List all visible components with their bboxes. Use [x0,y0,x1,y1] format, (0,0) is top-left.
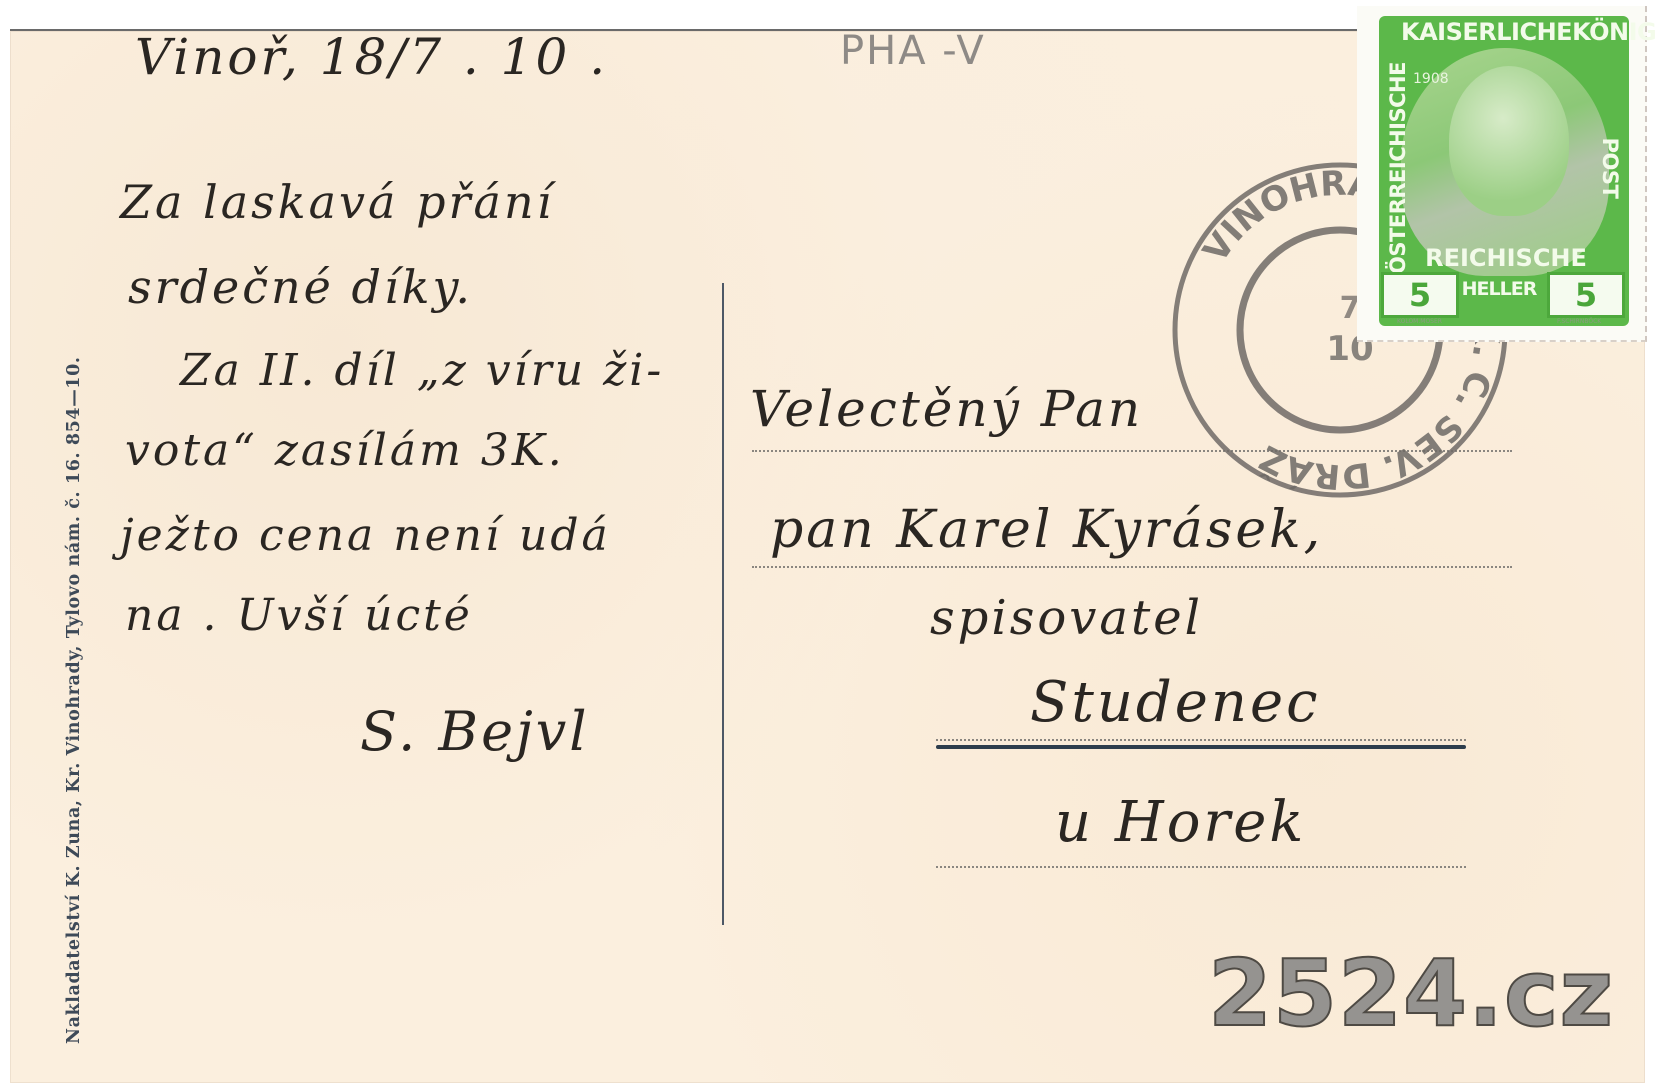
address-underline [936,745,1466,749]
message-line: Za laskavá přání [120,175,554,229]
stamp-currency: HELLER [1457,278,1541,300]
address-line: u Horek [1055,790,1306,855]
stamp-text-bottom: REICHISCHE [1401,244,1611,272]
stamp-printer-left: KOLOM.MOSER [1397,318,1442,325]
address-line: spisovatel [930,590,1203,646]
stamp-text-top: KAISERLICHEKÖNIGLICHE [1401,18,1611,46]
stamp-printer-right: F.SCHIRNBÖCK [1557,318,1601,325]
message-line: srdečné díky. [128,260,473,314]
pencil-note: PHA -V [840,28,986,74]
address-dotted-line [936,866,1466,868]
stamp-value-right: 5 [1547,272,1625,318]
postage-stamp: 1908 KAISERLICHEKÖNIGLICHE ÖSTERREICHISC… [1357,6,1647,342]
message-line: ježto cena není udá [120,510,611,561]
message-line: vota“ zasílám 3K. [125,425,565,476]
publisher-imprint: Nakladatelství K. Zuna, Kr. Vinohrady, T… [64,356,84,1044]
address-line: Velectěný Pan [750,380,1143,438]
message-line: na . Uvší úcté [125,590,473,641]
stamp-value-left: 5 [1381,272,1459,318]
signature: S. Bejvl [360,700,590,763]
emperor-portrait-icon [1449,66,1569,216]
address-line: Studenec [1030,670,1321,735]
place-date: Vinoř, 18/7 . 10 . [135,28,608,86]
message-line: Za II. díl „z víru ži- [180,345,664,396]
center-divider [722,283,724,925]
address-dotted-line [936,739,1466,741]
address-dotted-line [752,566,1512,568]
watermark: 2524.cz [1208,940,1614,1047]
stamp-year: 1908 [1413,71,1449,87]
